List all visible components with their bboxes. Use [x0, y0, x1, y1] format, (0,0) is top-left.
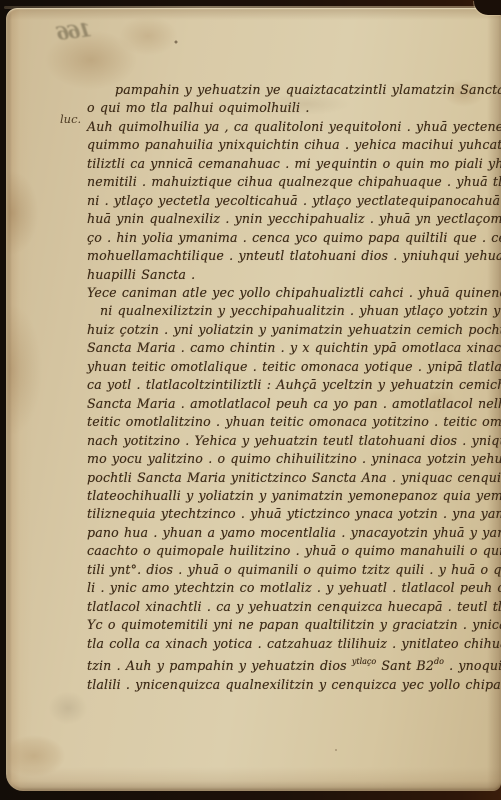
margin-note-luc: luc. — [60, 112, 81, 126]
manuscript-line: Yece caniman atle yec yollo chipahualizt… — [87, 284, 501, 302]
manuscript-line: huapilli Sancta . — [87, 266, 501, 284]
manuscript-line: pano hua . yhuan a yamo mocentlalia . yn… — [87, 524, 501, 542]
manuscript-line: mo yocu yalitzino . o quimo chihuilitzin… — [87, 450, 501, 468]
manuscript-line: tlateochihualli y yoliatzin y yanimatzin… — [87, 487, 501, 505]
manuscript-line: tlatlacol xinachtli . ca y yehuatzin cen… — [87, 598, 501, 616]
manuscript-line: tlalili . ynicenquizca qualnexilitzin y … — [87, 676, 501, 694]
manuscript-line: tili ynt°. dios . yhuā o quimanili o qui… — [87, 561, 501, 579]
manuscript-line: nemitili . mahuiztique cihua qualnezque … — [87, 173, 501, 191]
manuscript-line: nach yotitzino . Yehica y yehuatzin teut… — [87, 432, 501, 450]
manuscript-line: o qui mo tla palhui oquimolhuili . — [87, 99, 501, 117]
manuscript-line: quimmo panahuilia ynixquichtin cihua . y… — [87, 136, 501, 154]
superscript-abbreviation: ytlaço — [352, 657, 376, 666]
manuscript-line: pampahin y yehuatzin ye quaiztacatzintli… — [87, 77, 501, 99]
manuscript-line: ni . ytlaço yectetla yecolticahuā . ytla… — [87, 192, 501, 210]
manuscript-line: ca yotl . tlatlacoltzintiliztli : Auhçā … — [87, 376, 501, 394]
manuscript-line: yhuan teitic omotlalique . teitic omonac… — [87, 358, 501, 376]
manuscript-line: pochtli Sancta Maria ynitictzinco Sancta… — [87, 469, 501, 487]
manuscript-line: huiz çotzin . yni yoliatzin y yanimatzin… — [87, 321, 501, 339]
manuscript-line: Sancta Maria . amotlatlacol peuh ca yo p… — [87, 395, 501, 413]
manuscript-line: li . ynic amo ytechtzin co motlaliz . y … — [87, 579, 501, 597]
folio-mark: 166 — [57, 19, 93, 45]
manuscript-line: ço . hin yolia ymanima . cenca yco quimo… — [87, 229, 501, 247]
manuscript-line: Sancta Maria . camo chintin . y x quicht… — [87, 339, 501, 357]
manuscript-line: tiliztli ca ynnicā cemanahuac . mi yequi… — [87, 155, 501, 173]
manuscript-line: teitic omotlalitzino . yhuan teitic omon… — [87, 413, 501, 431]
manuscript-line: Yc o quimotemitili yni ne papan qualtili… — [87, 616, 501, 634]
manuscript-line: ni qualnexiliztzin y yecchipahualitzin .… — [87, 302, 501, 320]
manuscript-line: huā ynin qualnexiliz . ynin yecchipahual… — [87, 210, 501, 228]
manuscript-text-block: pampahin y yehuatzin ye quaiztacatzintli… — [87, 77, 501, 694]
book-photo-frame: 166 luc. pampahin y yehuatzin ye quaizta… — [0, 0, 501, 800]
manuscript-line: tiliznequia ytechtzinco . yhuā ytictzinc… — [87, 505, 501, 523]
manuscript-line: caachto o quimopale huilitzino . yhuā o … — [87, 542, 501, 560]
manuscript-line: tla colla ca xinach yotica . catzahuaz t… — [87, 635, 501, 653]
manuscript-line: tzin . Auh y pampahin y yehuatzin dios y… — [87, 653, 501, 675]
manuscript-line: Auh quimolhuilia ya , ca qualitoloni yeq… — [87, 118, 501, 136]
manuscript-page: 166 luc. pampahin y yehuatzin ye quaizta… — [6, 8, 501, 791]
superscript-abbreviation: do — [434, 657, 444, 666]
manuscript-line: mohuellamachtilique . ynteutl tlatohuani… — [87, 247, 501, 265]
